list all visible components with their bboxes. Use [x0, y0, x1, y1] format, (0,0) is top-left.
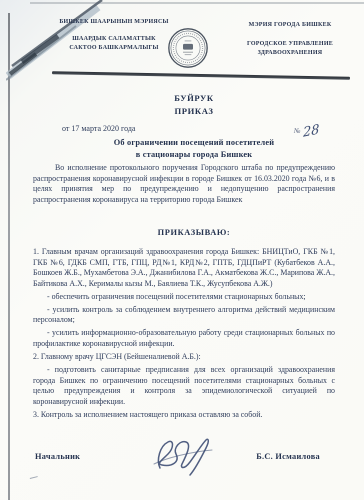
scanned-order-document: БИШКЕК ШААРЫНЫН МЭРИЯСЫ ШААРДЫК САЛАМАТТ… [0, 0, 364, 500]
signatory-post: Начальник [35, 452, 80, 461]
org-name-kyrgyz-line1: БИШКЕК ШААРЫНЫН МЭРИЯСЫ [48, 18, 180, 27]
org-name-russian-line2: ГОРОДСКОЕ УПРАВЛЕНИЕ [226, 40, 354, 49]
preamble-paragraph: Во исполнение протокольного поручения Го… [33, 163, 335, 205]
order-title: Об ограничении посещений посетителей в с… [0, 137, 364, 160]
order-type-heading: БУЙРУК ПРИКАЗ [0, 92, 364, 118]
number-sign: № [294, 124, 301, 135]
order-date: от 17 марта 2020 года [62, 124, 135, 133]
handwritten-signature-icon [146, 434, 230, 478]
order-item-1: 1. Главным врачам организаций здравоохра… [33, 247, 335, 289]
org-name-russian: МЭРИЯ ГОРОДА БИШКЕК ГОРОДСКОЕ УПРАВЛЕНИЕ… [226, 21, 354, 58]
scan-edge-left [8, 13, 10, 500]
signatory-name: Б.С. Исмаилова [256, 452, 324, 461]
order-item-3: 3. Контроль за исполнением настоящего пр… [33, 410, 335, 421]
org-name-kyrgyz-line3: САКТОО БАШКАРМАЛЫГЫ [48, 44, 180, 53]
order-item-2: 2. Главному врачу ЦГСЭН (Бейшеналиевой А… [33, 352, 335, 363]
order-type-russian: ПРИКАЗ [24, 105, 364, 118]
scan-speck [30, 476, 38, 481]
order-items: 1. Главным врачам организаций здравоохра… [33, 247, 335, 423]
order-title-line1: Об ограничении посещений посетителей [24, 137, 364, 149]
org-name-russian-line1: МЭРИЯ ГОРОДА БИШКЕК [226, 21, 354, 30]
order-title-line2: в стационары города Бишкек [24, 149, 364, 161]
org-name-kyrgyz: БИШКЕК ШААРЫНЫН МЭРИЯСЫ ШААРДЫК САЛАМАТТ… [48, 18, 180, 53]
decree-word: ПРИКАЗЫВАЮ: [0, 228, 364, 237]
official-seal-icon [163, 23, 213, 73]
order-item-1-sub-1: - обеспечить ограничения посещений посет… [33, 292, 335, 303]
org-name-russian-line3: ЗДРАВООХРАНЕНИЯ [226, 49, 354, 58]
order-item-1-sub-2: - усилить контроль за соблюдением внутре… [33, 305, 335, 326]
order-type-kyrgyz: БУЙРУК [24, 92, 364, 105]
order-item-1-sub-3: - усилить информационно-образовательную … [33, 328, 335, 349]
order-item-2-sub-1: - подготовить санитарные предписания для… [33, 365, 335, 407]
org-name-kyrgyz-line2: ШААРДЫК САЛАМАТТЫК [48, 35, 180, 44]
